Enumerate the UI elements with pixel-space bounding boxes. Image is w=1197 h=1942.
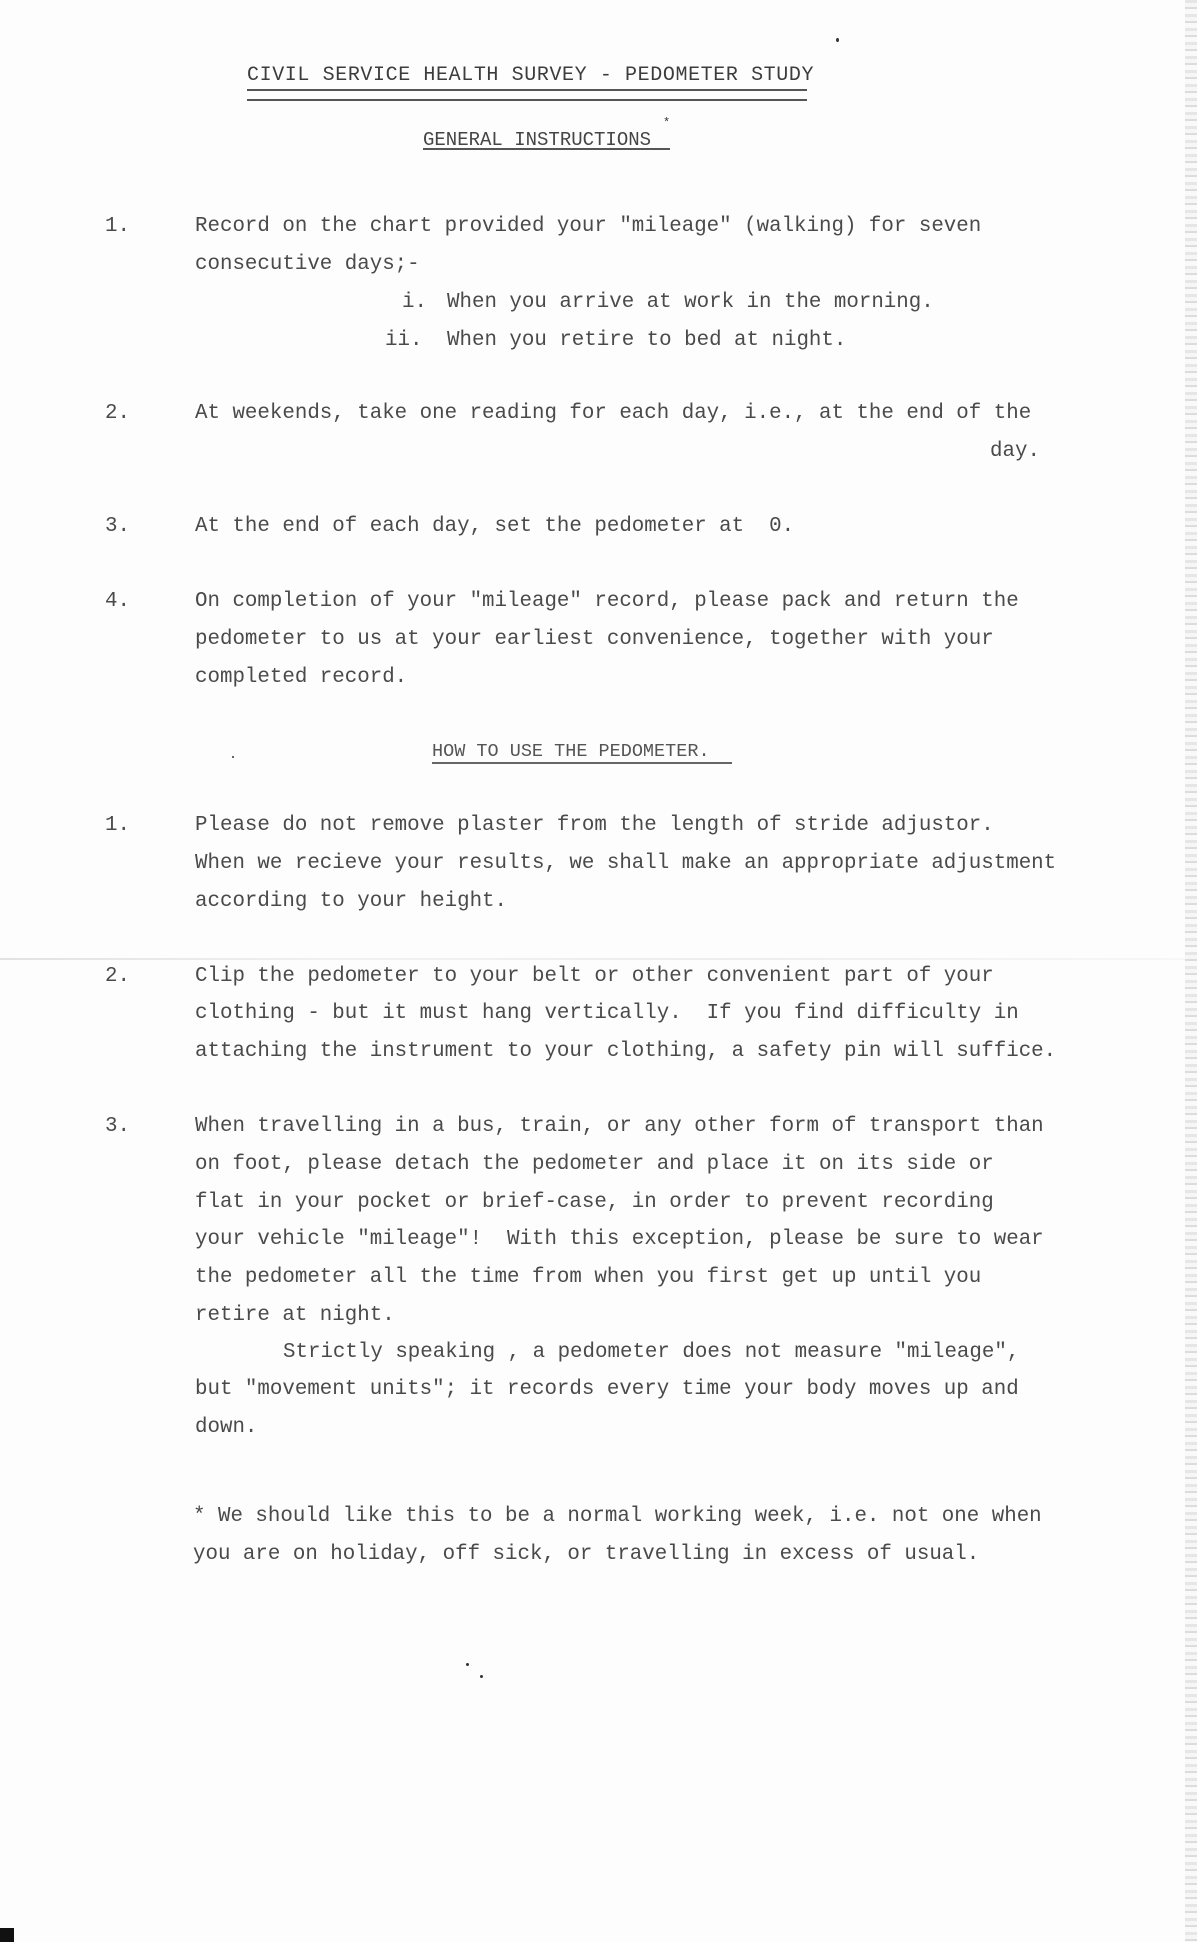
instruction-line: When travelling in a bus, train, or any … (195, 1115, 1044, 1139)
ink-speck (480, 1675, 483, 1678)
instruction-line: the pedometer all the time from when you… (195, 1266, 981, 1290)
item-number: 2. (105, 965, 130, 989)
paper-edge (1185, 0, 1197, 1942)
title-double-underline (247, 99, 807, 101)
continuation-line: down. (195, 1416, 257, 1440)
how-to-use-heading: HOW TO USE THE PEDOMETER. (432, 740, 710, 764)
instruction-line: according to your height. (195, 890, 507, 914)
scan-corner-mark (0, 1928, 14, 1942)
instruction-line: on foot, please detach the pedometer and… (195, 1153, 994, 1177)
footnote-line: * We should like this to be a normal wor… (193, 1505, 1042, 1529)
instruction-line: On completion of your "mileage" record, … (195, 590, 1019, 614)
instruction-line: retire at night. (195, 1304, 395, 1328)
instruction-line: Please do not remove plaster from the le… (195, 814, 994, 838)
instruction-line: completed record. (195, 666, 407, 690)
item-number: 1. (105, 814, 130, 838)
continuation-line: Strictly speaking , a pedometer does not… (283, 1341, 1019, 1365)
instruction-line: When we recieve your results, we shall m… (195, 852, 1056, 876)
ink-speck (466, 1663, 469, 1666)
instruction-line: At weekends, take one reading for each d… (195, 402, 1031, 426)
instruction-line: your vehicle "mileage"! With this except… (195, 1228, 1044, 1252)
how-to-use-underline (432, 762, 732, 764)
document-title: CIVIL SERVICE HEALTH SURVEY - PEDOMETER … (247, 64, 814, 88)
subitem-number: ii. (385, 329, 422, 353)
item-number: 3. (105, 1115, 130, 1139)
asterisk-marker: * (663, 116, 670, 130)
instruction-line: day. (990, 440, 1040, 464)
instruction-line: Clip the pedometer to your belt or other… (195, 965, 994, 989)
subitem-text: When you retire to bed at night. (447, 329, 846, 353)
instruction-line: attaching the instrument to your clothin… (195, 1040, 1056, 1064)
instruction-line: clothing - but it must hang vertically. … (195, 1002, 1019, 1026)
instruction-line: consecutive days;- (195, 253, 420, 277)
item-number: 1. (105, 215, 130, 239)
instruction-line: At the end of each day, set the pedomete… (195, 515, 794, 539)
item-number: 2. (105, 402, 130, 426)
general-instructions-underline (423, 148, 670, 150)
title-underline (247, 89, 807, 91)
ink-speck (232, 756, 234, 758)
subitem-text: When you arrive at work in the morning. (447, 291, 934, 315)
instruction-line: pedometer to us at your earliest conveni… (195, 628, 994, 652)
item-number: 3. (105, 515, 130, 539)
paper-fold-line (0, 958, 1185, 960)
footnote-line: you are on holiday, off sick, or travell… (193, 1543, 979, 1567)
item-number: 4. (105, 590, 130, 614)
instruction-line: flat in your pocket or brief-case, in or… (195, 1191, 994, 1215)
document-page: CIVIL SERVICE HEALTH SURVEY - PEDOMETER … (0, 0, 1197, 1942)
ink-speck (836, 38, 839, 42)
subitem-number: i. (402, 291, 427, 315)
continuation-line: but "movement units"; it records every t… (195, 1378, 1019, 1402)
instruction-line: Record on the chart provided your "milea… (195, 215, 981, 239)
